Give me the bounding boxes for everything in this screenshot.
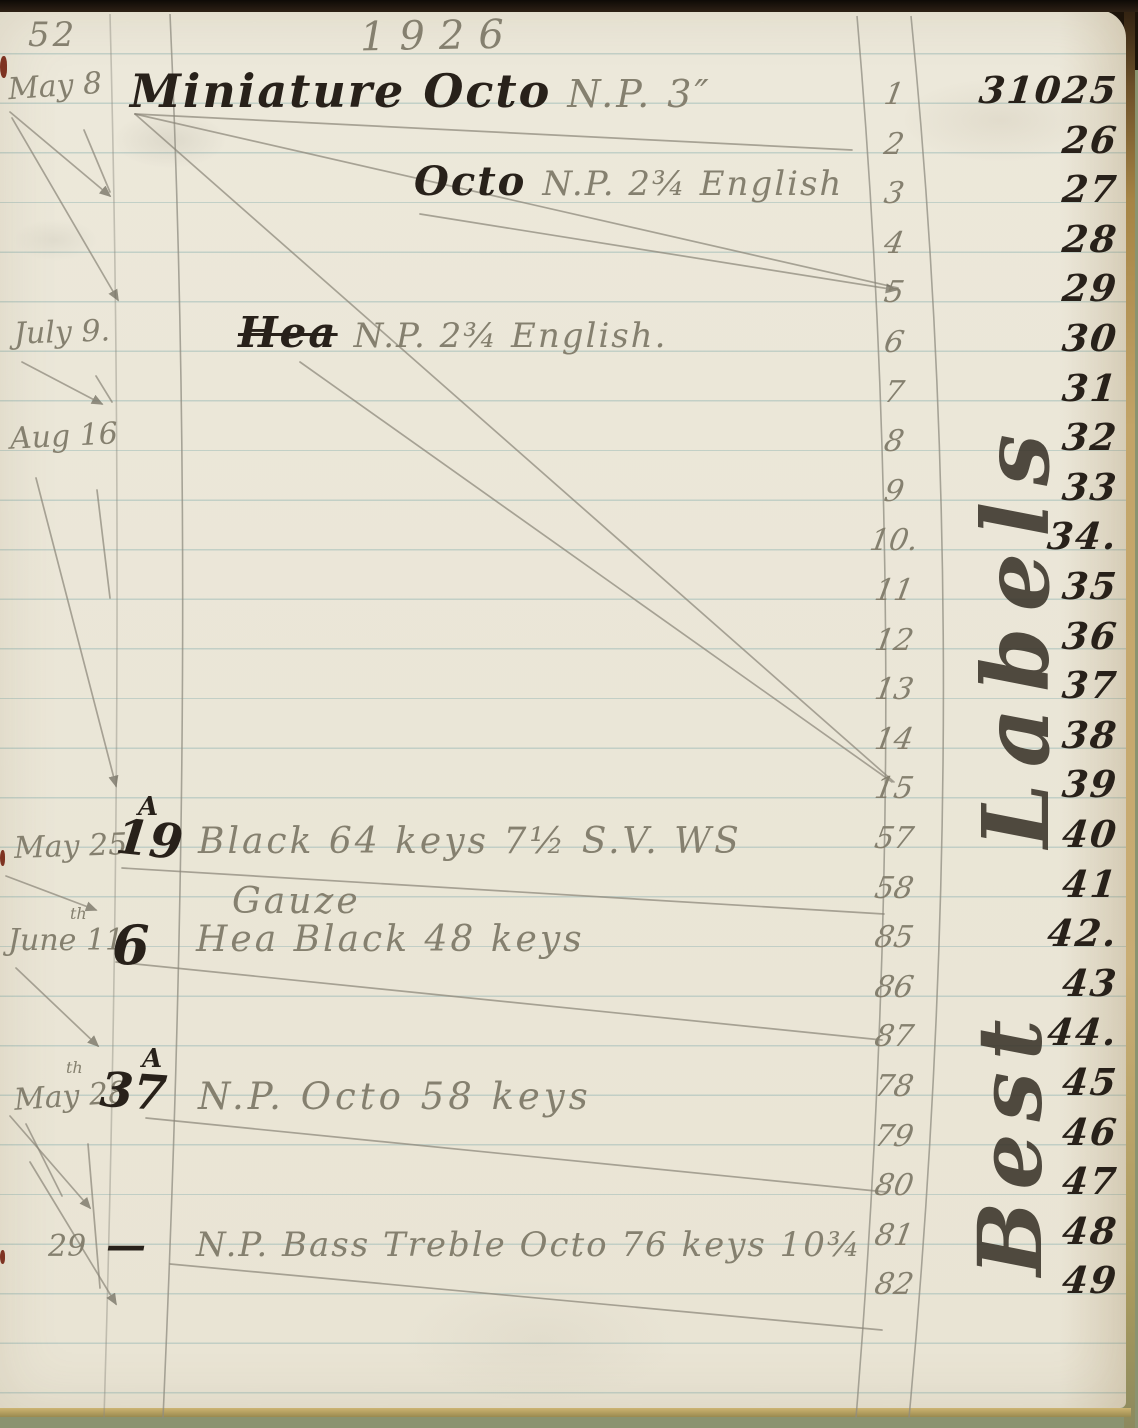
sequence-number: 5 [855,278,932,308]
entry-description-pencil: Black 64 keys 7½ S.V. WS [198,824,742,860]
sequence-number: 57 [855,824,932,854]
sequence-number: 81 [855,1221,932,1251]
entry-description-ink: Miniature Octo [130,68,551,114]
sequence-number: 8 [855,427,932,457]
pencil-connector-line [36,478,116,786]
entry-date: June 11 [8,926,124,956]
pencil-connector-line [135,114,894,782]
sequence-number: 7 [855,378,932,408]
sequence-number: 58 [855,874,932,904]
entry-description: Black 64 keys 7½ S.V. WS [198,824,742,860]
serial-number: 31025 [938,72,1120,109]
entry-description: Hea N.P. 2¾ English. [238,312,667,354]
sequence-number: 15 [855,774,932,804]
date-superscript: th [66,1060,83,1076]
entry-description-pencil: N.P. 2¾ English [542,167,843,201]
entry-date: Aug 16 [9,419,118,455]
entry-description: Miniature Octo N.P. 3″ [130,68,712,114]
quantity-dash: — [106,1226,146,1266]
sequence-number: 78 [855,1072,932,1102]
sequence-number: 6 [855,328,932,358]
page-edge-stain [0,1250,5,1264]
pencil-connector-line [300,362,892,782]
quantity-superscript: A [142,1046,162,1072]
page-number: 52 [28,18,77,52]
ledger-paper: 52 1926 May 8 July 9. Aug 16 May 25 June… [0,10,1126,1408]
serial-number: 30 [938,320,1120,357]
entry-description: N.P. Bass Treble Octo 76 keys 10¾ [196,1228,862,1262]
entry-date: May 25 [14,830,128,864]
serial-number: 27 [938,171,1120,208]
sequence-number: 79 [855,1122,932,1152]
pencil-connector-line [10,112,110,196]
margin-script-best: Best [958,976,1062,1276]
year-heading: 1926 [360,15,518,58]
column-rule-line [163,14,183,1418]
entry-date: May 8 [7,69,103,105]
entry-description-pencil: Hea Black 48 keys [196,922,585,958]
entry-description: Octo N.P. 2¾ English [414,162,843,202]
entry-description-pencil: N.P. 3″ [567,75,711,113]
pencil-connector-line [146,1118,886,1192]
pencil-connector-line [12,118,118,300]
entry-description-ink: Octo [414,162,526,202]
serial-number: 42. [938,915,1120,952]
entry-description-pencil: N.P. 2¾ English. [354,319,668,353]
column-rule-line [104,14,117,1418]
pencil-connector-line [116,962,882,1040]
entry-description-ink: Hea [238,312,338,354]
serial-number: 28 [938,221,1120,258]
sequence-number: 86 [855,973,932,1003]
sequence-number: 1 [855,80,932,110]
sequence-number: 14 [855,725,932,755]
entry-date: July 9. [14,316,111,349]
sequence-number: 80 [855,1171,932,1201]
sequence-number: 9 [855,477,932,507]
pencil-connector-line [420,214,896,290]
entry-description: Hea Black 48 keys [196,922,585,958]
pencil-connector-line [170,1264,882,1330]
book-cover-top-edge [0,0,1138,12]
pencil-connector-line [135,114,852,150]
sequence-number: 85 [855,923,932,953]
sequence-number: 13 [855,675,932,705]
pencil-connector-line [97,490,110,598]
entry-description-pencil: N.P. Bass Treble Octo 76 keys 10¾ [196,1228,862,1262]
pencil-connector-line [22,362,102,404]
entry-description: N.P. Octo 58 keys [198,1078,592,1115]
sequence-number: 3 [855,179,932,209]
pencil-connector-line [16,968,98,1046]
sequence-number: 2 [855,130,932,160]
serial-number: 26 [938,122,1120,159]
page-edge-stain [0,56,7,78]
entry-date: 29 [48,1232,86,1262]
column-rule-line [856,16,886,1418]
margin-script-labels: Labels [962,370,1070,848]
sequence-number: 11 [855,576,932,606]
scanned-ledger-page: 52 1926 May 8 July 9. Aug 16 May 25 June… [0,0,1138,1428]
sequence-number: 4 [855,229,932,259]
sequence-number: 87 [855,1022,932,1052]
date-superscript: th [70,906,87,922]
column-rule-line [909,16,943,1418]
sequence-number: 10. [855,526,932,556]
quantity-value: 6 [112,918,150,972]
serial-number: 41 [938,866,1120,903]
sequence-number: 12 [855,626,932,656]
pencil-connector-line [84,130,110,192]
pencil-connector-line [96,376,112,402]
serial-number: 29 [938,270,1120,307]
entry-description-line2: Gauze [232,884,361,920]
page-edge-stain [0,850,5,866]
sequence-number: 82 [855,1270,932,1300]
quantity-superscript: A [138,794,158,820]
entry-description-pencil: N.P. Octo 58 keys [198,1078,592,1115]
